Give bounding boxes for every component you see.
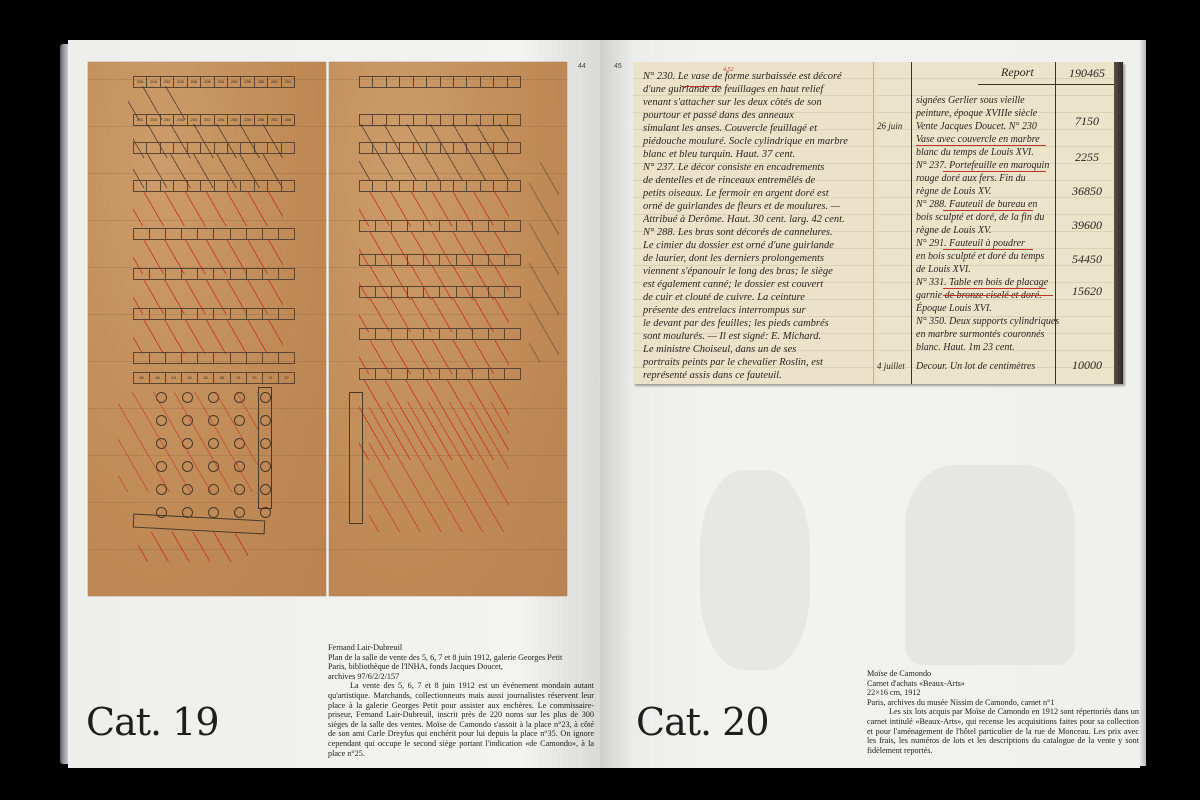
ghost-vase-image bbox=[700, 470, 810, 670]
caption-reference: archives 97/6/2/2/157 bbox=[328, 672, 594, 682]
caption-cat-20: Moïse de Camondo Carnet d'achats «Beaux-… bbox=[867, 669, 1139, 755]
caption-title: Plan de la salle de vente des 5, 6, 7 et… bbox=[328, 653, 594, 663]
catalogue-number-20: Cat. 20 bbox=[636, 700, 769, 744]
book-edge-right bbox=[1140, 40, 1146, 766]
caption-dimensions: 22×16 cm, 1912 bbox=[867, 688, 1139, 698]
caption-author: Fernand Lair-Dubreuil bbox=[328, 643, 594, 653]
side-seat-box bbox=[258, 387, 272, 509]
notebook-left-page: N° 230. Le vase de forme surbaissée est … bbox=[633, 62, 874, 384]
page-number-left: 44 bbox=[578, 63, 586, 70]
notebook-spine bbox=[1114, 62, 1123, 384]
amount: 7150 bbox=[1057, 114, 1117, 129]
seating-plan-scan-left-half: 206204202200205206254206235285280291 251… bbox=[88, 62, 326, 596]
catalogue-number-19: Cat. 19 bbox=[86, 700, 219, 744]
book-edge-left bbox=[60, 44, 68, 764]
caption-body: Les six lots acquis par Moïse de Camondo… bbox=[867, 707, 1139, 755]
caption-author: Moïse de Camondo bbox=[867, 669, 1139, 679]
seating-plan-scan-right-half bbox=[329, 62, 567, 596]
report-label: Report bbox=[1001, 64, 1034, 81]
page-number-right: 45 bbox=[614, 63, 622, 70]
caption-title: Carnet d'achats «Beaux-Arts» bbox=[867, 679, 1139, 689]
report-amount: 190465 bbox=[1057, 66, 1117, 81]
seat-row: 69666361818573707172 bbox=[133, 372, 295, 384]
ghost-armchair-image bbox=[905, 465, 1075, 665]
caption-cat-19: Fernand Lair-Dubreuil Plan de la salle d… bbox=[328, 643, 594, 758]
caption-body: La vente des 5, 6, 7 et 8 juin 1912 est … bbox=[328, 681, 594, 758]
caption-location: Paris, bibliothèque de l'INHA, fonds Jac… bbox=[328, 662, 594, 672]
purchase-notebook-scan: N° 230. Le vase de forme surbaissée est … bbox=[633, 62, 1123, 384]
caption-location: Paris, archives du musée Nissim de Camon… bbox=[867, 698, 1139, 708]
